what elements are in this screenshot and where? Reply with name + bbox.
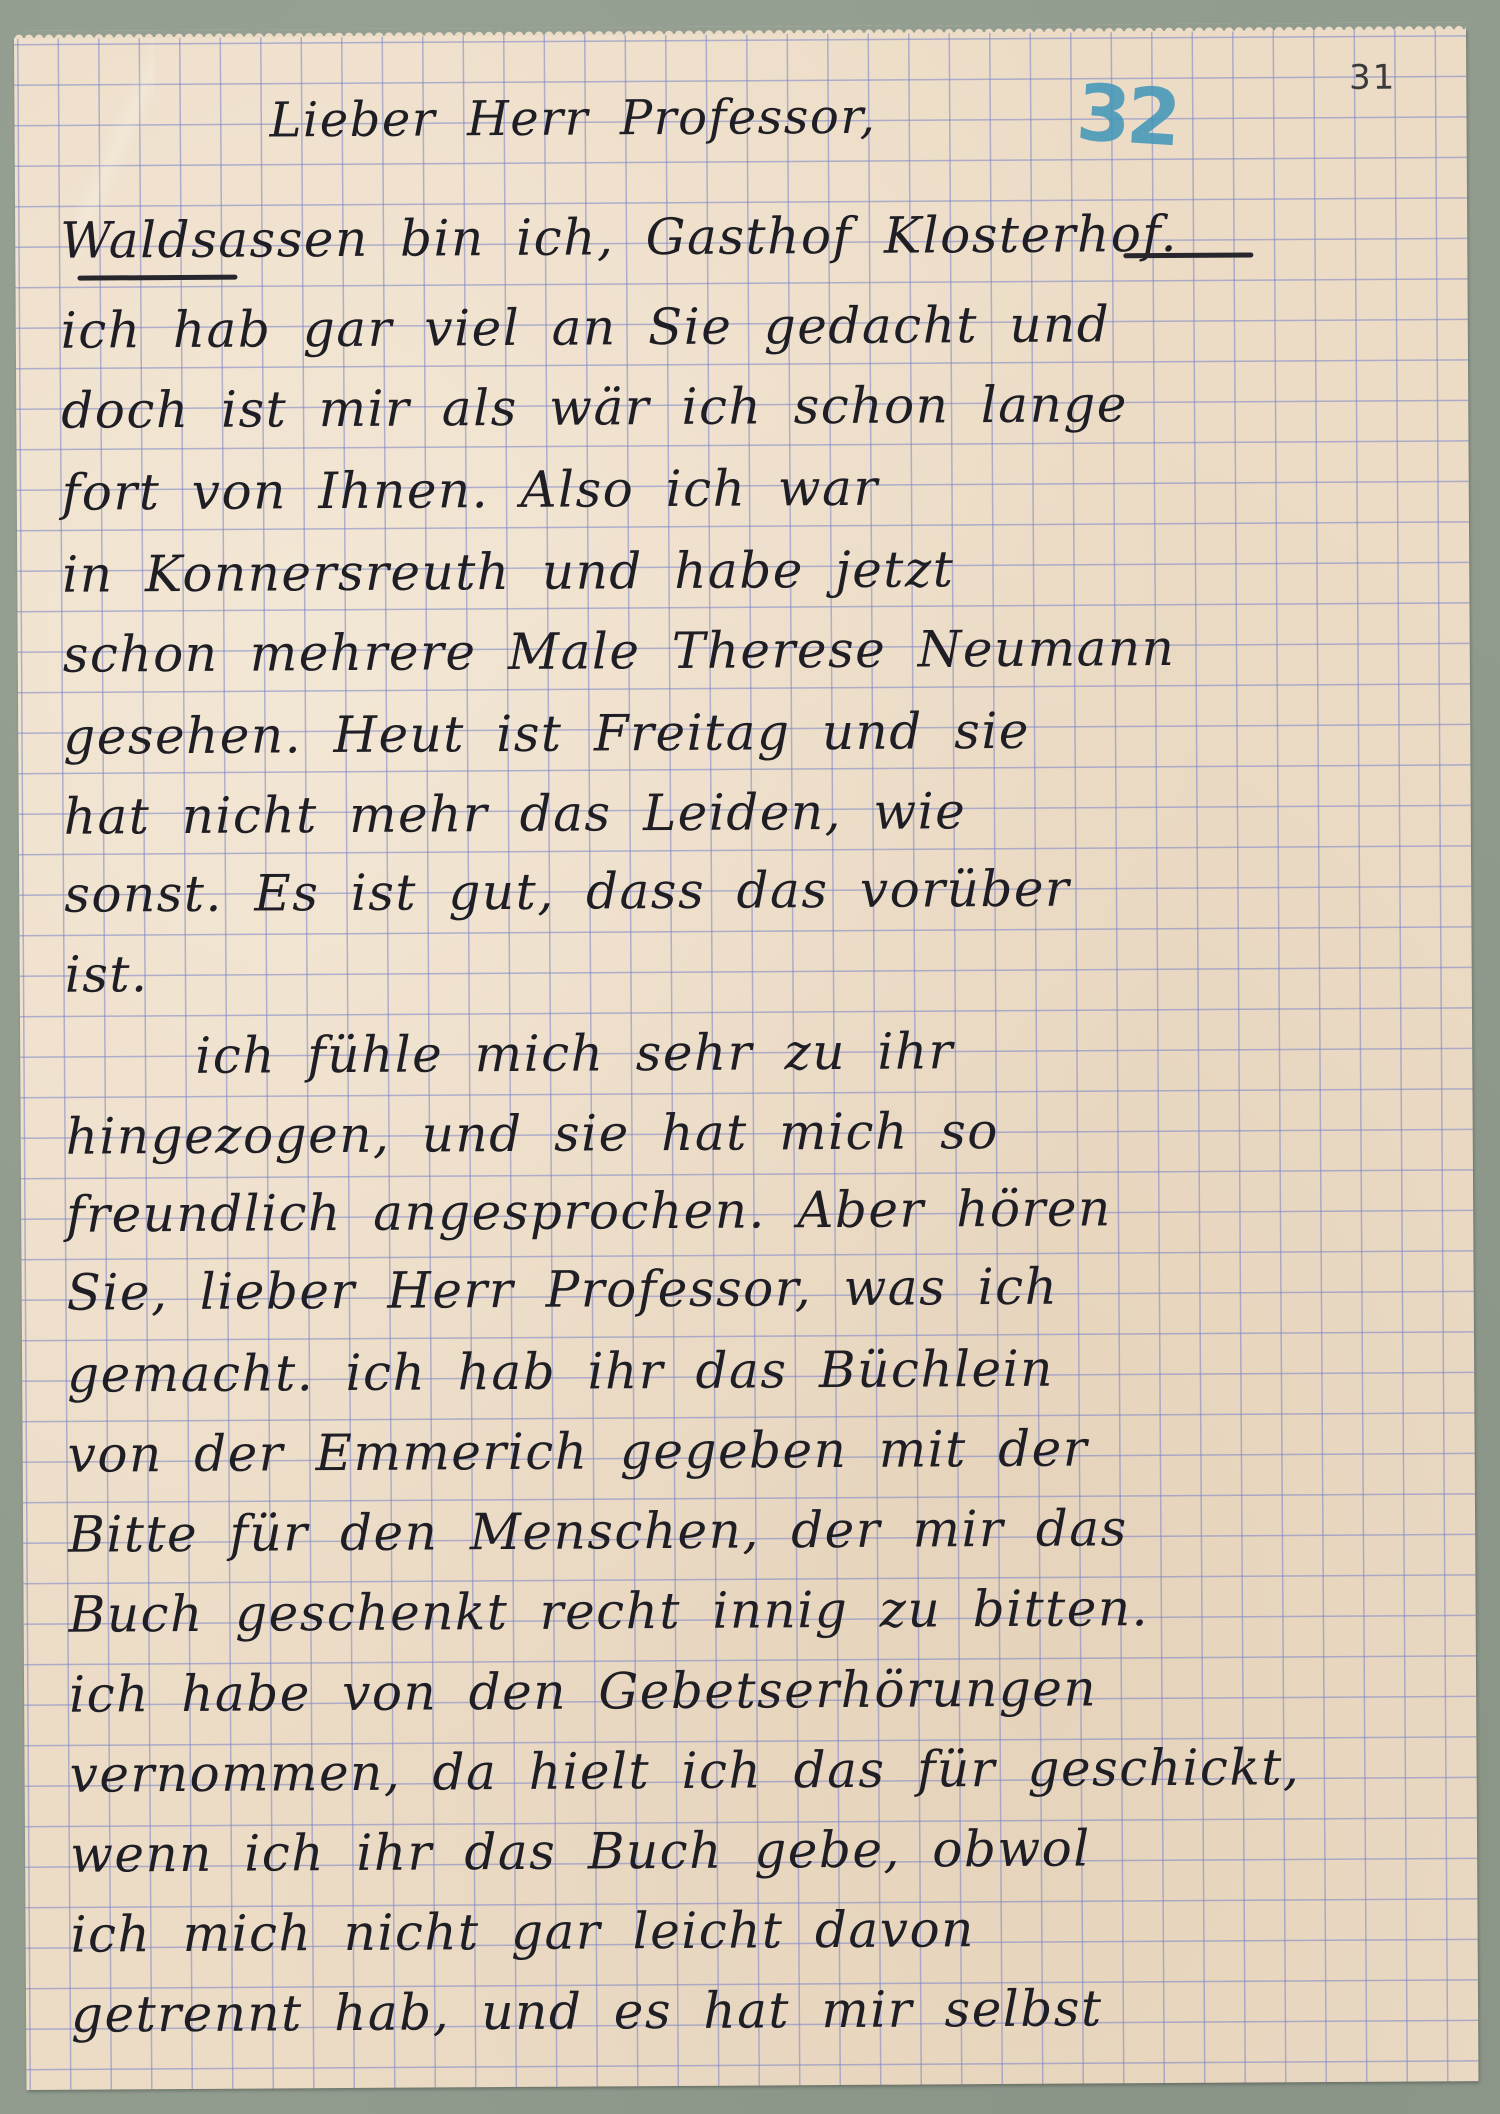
letter-line: getrennt hab, und es hat mir selbst [71,1983,1103,2039]
underline-waldsassen [77,275,237,281]
letter-line: hat nicht mehr das Leiden, wie [64,786,967,842]
letter-line: in Konnersreuth und habe jetzt [62,544,954,599]
letter-line: fort von Ihnen. Also ich war [62,463,879,518]
letter-line: ich habe von den Gebetserhörungen [69,1663,1097,1719]
letter-line: vernommen, da hielt ich das für geschick… [69,1742,1300,1800]
letter-paragraph-start: ich fühle mich sehr zu ihr [195,1026,954,1081]
letter-line: Waldsassen bin ich, Gasthof Klosterhof. [60,209,1178,266]
letter-line: doch ist mir als wär ich schon lange [61,379,1128,436]
letter-line: wenn ich ihr das Buch gebe, obwol [70,1823,1091,1879]
letter-line: freundlich angesprochen. Aber hören [66,1183,1112,1239]
letter-line: Sie, lieber Herr Professor, was ich [67,1262,1059,1318]
letter-salutation: Lieber Herr Professor, [269,93,876,145]
letter-line: sonst. Es ist gut, dass das vorüber [64,864,1070,920]
underline-klosterhof [1123,252,1253,258]
letter-body: Lieber Herr Professor, Waldsassen bin ic… [14,29,1479,2090]
letter-line: von der Emmerich gegeben mit der [68,1423,1089,1479]
letter-page: 31 32 Lieber Herr Professor, Waldsassen … [14,29,1479,2090]
letter-line: ist. [65,949,149,1000]
letter-line: hingezogen, und sie hat mich so [66,1106,1000,1162]
letter-line: schon mehrere Male Therese Neumann [63,623,1176,680]
letter-line: gemacht. ich hab ihr das Büchlein [67,1344,1054,1400]
letter-line: gesehen. Heut ist Freitag und sie [63,706,1030,762]
letter-line: ich hab gar viel an Sie gedacht und [61,299,1111,355]
letter-line: Bitte für den Menschen, der mir das [68,1503,1128,1559]
letter-line: Buch geschenkt recht innig zu bitten. [68,1583,1149,1640]
letter-line: ich mich nicht gar leicht davon [70,1904,975,1960]
